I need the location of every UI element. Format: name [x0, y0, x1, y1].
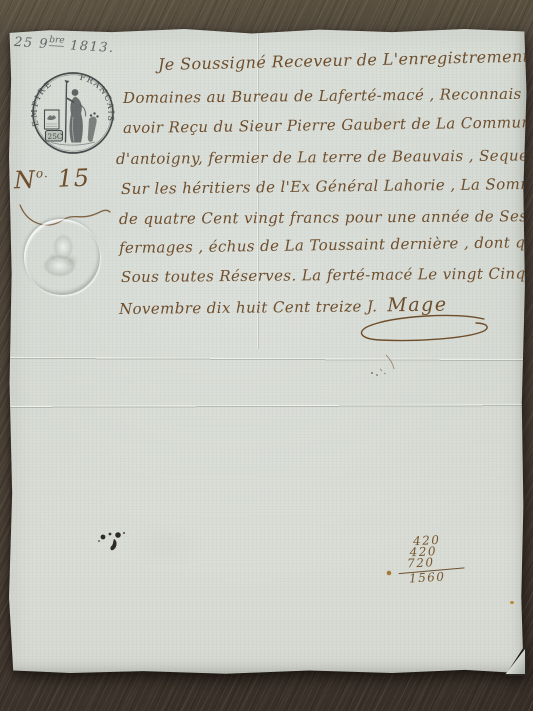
ink-specks	[360, 323, 400, 383]
manuscript-line: Sous toutes Réserves. La ferté-macé Le v…	[121, 264, 526, 286]
paper-wrap: 25 9bre 1813. EMPIRE FRANCAIS	[8, 27, 527, 675]
manuscript-line: Sur les héritiers de l'Ex Général Lahori…	[121, 175, 533, 198]
stamp-denomination: 25C	[46, 131, 63, 142]
manuscript-line: fermages , échus de La Toussaint dernièr…	[119, 232, 533, 257]
manuscript-line: Je Soussigné Receveur de L'enregistremen…	[158, 45, 533, 74]
manuscript-line: Domaines au Bureau de Laferté-macé , Rec…	[123, 85, 522, 107]
photo-of-document: 25 9bre 1813. EMPIRE FRANCAIS	[0, 0, 533, 711]
foxing-spot	[387, 571, 391, 575]
stamp-standing-figure-icon	[65, 80, 86, 143]
date-day-month: 25 9	[14, 35, 50, 52]
date-superscript: bre	[49, 35, 65, 47]
date-year: 1813.	[69, 38, 115, 56]
manuscript-line: de quatre Cent vingt francs pour une ann…	[119, 207, 527, 228]
arithmetic-column: 420 420 720 1560	[397, 533, 477, 585]
svg-text:25C: 25C	[48, 132, 63, 141]
revenue-stamp: EMPIRE FRANCAIS	[31, 71, 115, 155]
date-annotation: 25 9bre 1813.	[14, 33, 116, 56]
paper-sheet: 25 9bre 1813. EMPIRE FRANCAIS	[8, 27, 527, 675]
foxing-spot	[510, 601, 514, 604]
doc-number-superscript: o.	[36, 166, 49, 180]
embossed-seal	[24, 219, 100, 295]
manuscript-line: d'antoigny, fermier de La terre de Beauv…	[116, 146, 533, 168]
ink-blots	[90, 517, 134, 557]
doc-number-value: 15	[57, 164, 91, 193]
horizontal-fold-crease	[8, 404, 527, 409]
seated-figure-emboss-icon	[31, 226, 93, 288]
stamp-eagle-tablet-icon	[45, 110, 60, 129]
manuscript-line: avoir Reçu du Sieur Pierre Gaubert de La…	[123, 113, 533, 137]
doc-number-prefix: N	[14, 166, 37, 195]
closing-line-text: Novembre dix huit Cent treize J.	[119, 297, 378, 318]
stamp-arc-text-left: EMPIRE	[31, 78, 54, 128]
arithmetic-addend: 720	[407, 555, 476, 570]
horizontal-fold-crease	[8, 357, 527, 362]
doc-number: No. 15	[14, 164, 91, 195]
stamp-cornucopia-icon	[88, 112, 99, 141]
